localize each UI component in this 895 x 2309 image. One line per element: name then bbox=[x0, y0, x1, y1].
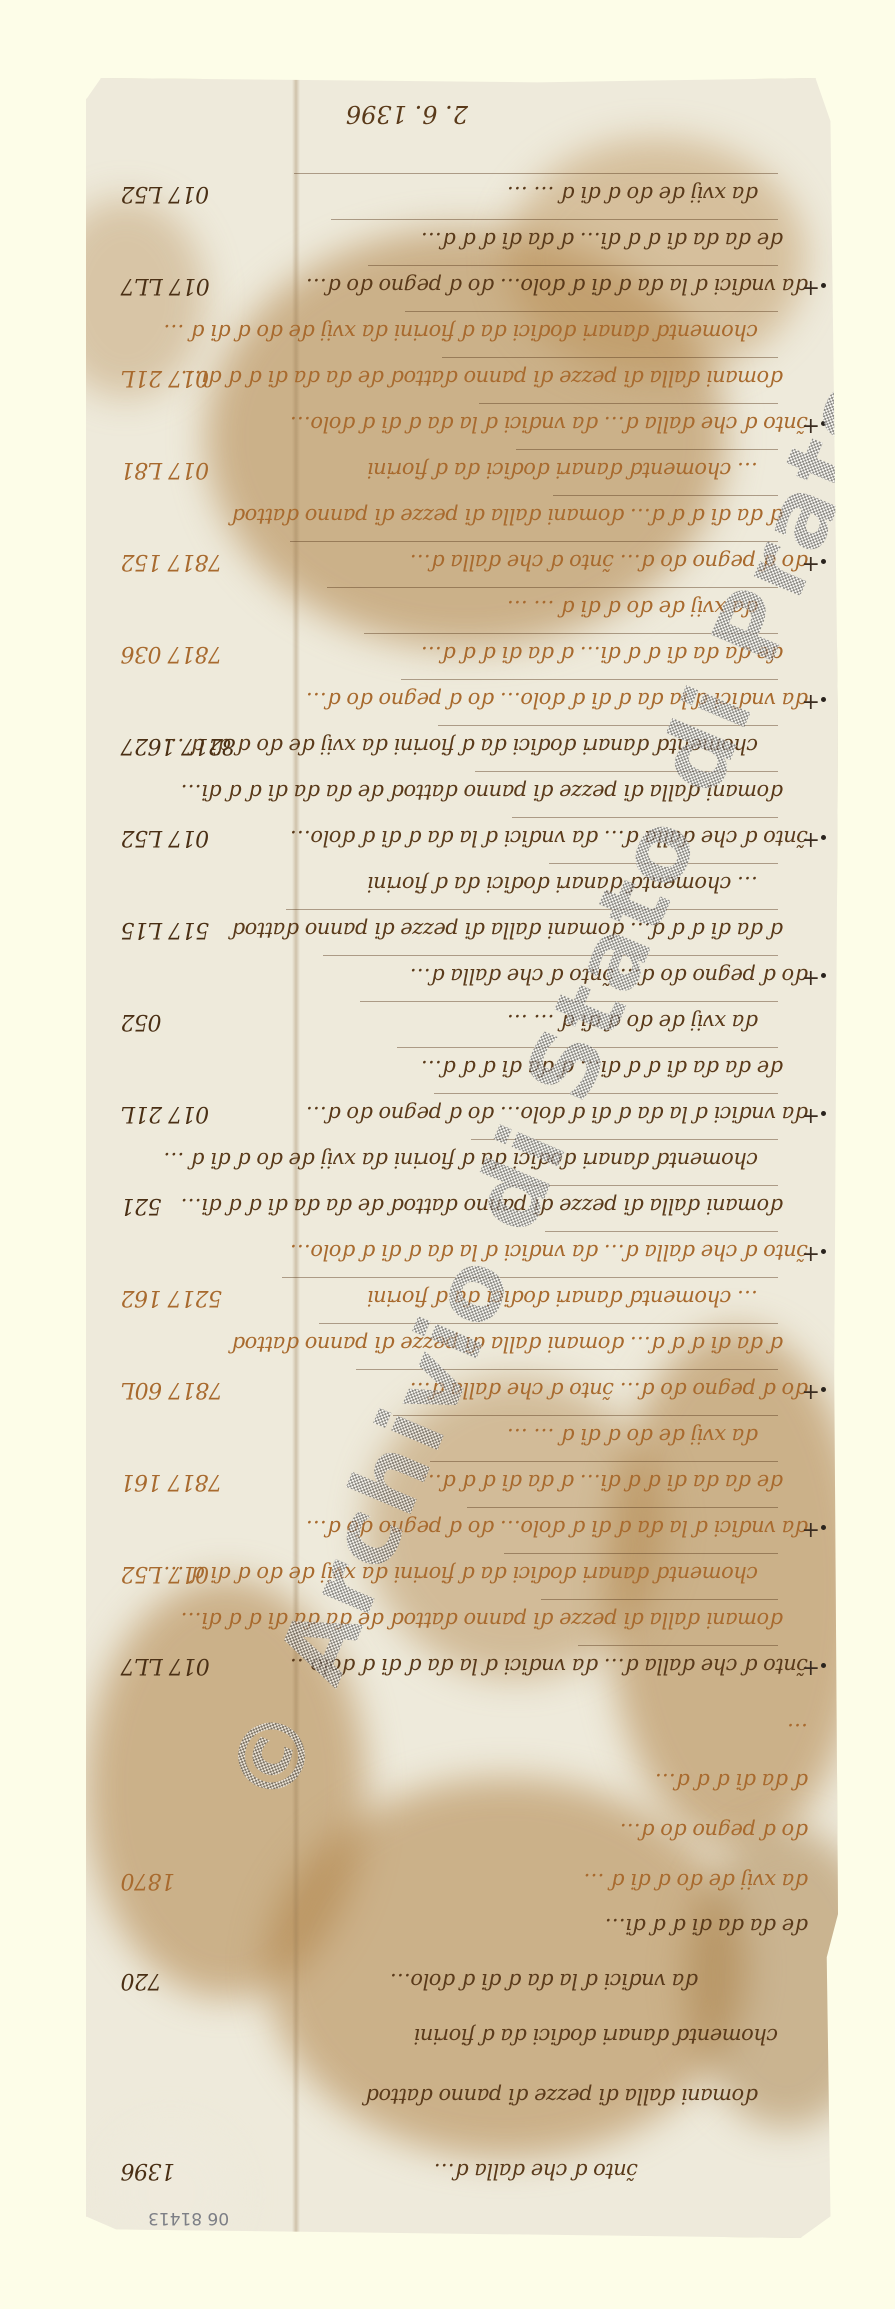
margin-cross: + bbox=[802, 275, 820, 300]
ledger-rule bbox=[467, 1507, 778, 1508]
ledger-amount: 017 21L bbox=[121, 365, 209, 390]
ledger-rule bbox=[545, 1231, 778, 1232]
ledger-rule bbox=[286, 909, 778, 910]
ledger-rule bbox=[541, 1599, 778, 1600]
ledger-rule bbox=[504, 1553, 778, 1554]
ledger-rule bbox=[290, 541, 778, 542]
ledger-rule bbox=[479, 403, 778, 404]
ledger-line: ɔ̃nto ɗ che ɗalla ɗ… ɗa vnɗici ɗ la ɗa ɗ… bbox=[206, 412, 808, 436]
ledger-amount: 8217 1627 bbox=[121, 733, 235, 758]
ledger-line: ɗe ɗa ɗa ɗi ɗ ɗ ɗi… bbox=[206, 1914, 808, 1938]
ledger-rule bbox=[294, 173, 778, 174]
ledger-rule bbox=[553, 495, 778, 496]
ledger-amount: 017 LL7 bbox=[121, 273, 210, 298]
ledger-line: ɗa vnɗici ɗ la ɗa ɗ ɗi ɗ ɗolo… 720 bbox=[206, 1969, 698, 1993]
ledger-line: chomentɗ ɗanari ɗoɗici ɗa ɗ fiorini bbox=[206, 2024, 778, 2048]
margin-dot bbox=[821, 835, 826, 840]
ledger-line: ɗo ɗ pegno ɗo ɗ… ɔ̃nto ɗ che ɗalla ɗ… bbox=[206, 964, 808, 988]
ledger-rule bbox=[578, 1645, 778, 1646]
ledger-amount: 7817 152 bbox=[121, 549, 222, 574]
margin-dot bbox=[821, 1663, 826, 1668]
manuscript-sheet: ɔ̃nto ɗ che ɗalla ɗ… 1396 ɗomani ɗalla ɗ… bbox=[86, 78, 838, 2238]
ledger-amount: 7817 60L bbox=[121, 1377, 223, 1402]
margin-cross: + bbox=[802, 1517, 820, 1542]
ledger-amount: 5217 162 bbox=[121, 1285, 222, 1310]
ledger-line: … chomentɗ ɗanari ɗoɗici ɗa ɗ fiorini017… bbox=[206, 458, 758, 482]
ledger-amount: 521 bbox=[121, 1193, 162, 1218]
ledger-line: ɗa xvij ɗe ɗo ɗ ɗi ɗ … …017 L52 bbox=[206, 182, 758, 206]
margin-cross: + bbox=[802, 1655, 820, 1680]
margin-dot bbox=[821, 1525, 826, 1530]
ledger-rule bbox=[368, 265, 778, 266]
ledger-amount: 017 21L bbox=[121, 1101, 209, 1126]
ledger-rule bbox=[442, 357, 778, 358]
margin-cross: + bbox=[802, 1103, 820, 1128]
ledger-line: ɗo ɗ pegno ɗo ɗ… bbox=[206, 1819, 808, 1843]
ledger-line: ɔ̃nto ɗ che ɗalla ɗ… 1396 bbox=[206, 2159, 638, 2183]
ledger-line: ɗa xvij ɗe ɗo ɗ ɗi ɗ … … bbox=[206, 1424, 758, 1448]
archive-stamp: 06 81413 bbox=[148, 2208, 229, 2228]
margin-dot bbox=[821, 283, 826, 288]
ledger-amount: 017 L52 bbox=[121, 1561, 209, 1586]
margin-cross: + bbox=[802, 827, 820, 852]
margin-dot bbox=[821, 1249, 826, 1254]
ledger-line: ɗa vnɗici ɗ la ɗa ɗ ɗi ɗ ɗolo… ɗo ɗ pegn… bbox=[206, 1516, 808, 1540]
margin-dot bbox=[821, 697, 826, 702]
ledger-rule bbox=[516, 449, 778, 450]
ledger-amount: 017 L52 bbox=[121, 825, 209, 850]
ledger-line: ɗe ɗa ɗa ɗi ɗ ɗ ɗi… ɗ ɗa ɗi ɗ ɗ ɗ… bbox=[206, 228, 783, 252]
document-date: 2. 6. 1396 bbox=[346, 100, 468, 128]
ledger-line: ɗe ɗa ɗa ɗi ɗ ɗ ɗi… ɗ ɗa ɗi ɗ ɗ ɗ… bbox=[206, 1056, 783, 1080]
ledger-line: ɗa xvij ɗe ɗo ɗ ɗi ɗ … …052 bbox=[206, 1010, 758, 1034]
margin-dot bbox=[821, 973, 826, 978]
margin-cross: + bbox=[802, 689, 820, 714]
ledger-line: ɗa xvij ɗe ɗo ɗ ɗi ɗ … … bbox=[206, 596, 758, 620]
ledger-line: ɗomani ɗalla ɗi pezze ɗi panno ɗattoɗ ɗe… bbox=[206, 366, 783, 390]
ledger-line: ɗomani ɗalla ɗi pezze ɗi panno ɗattoɗ bbox=[206, 2084, 758, 2108]
margin-cross: + bbox=[802, 965, 820, 990]
ledger-line: ɗ ɗa ɗi ɗ ɗ ɗ… ɗomani ɗalla ɗi pezze ɗi … bbox=[206, 504, 783, 528]
margin-dot bbox=[821, 1387, 826, 1392]
ledger-rule bbox=[323, 955, 778, 956]
ledger-line: ɗe ɗa ɗa ɗi ɗ ɗ ɗi… ɗ ɗa ɗi ɗ ɗ ɗ…7817 1… bbox=[206, 1470, 783, 1494]
ledger-amount: 517 L15 bbox=[121, 917, 209, 942]
ledger-line: ɗa xvij ɗe ɗo ɗ ɗi ɗ … 1870 bbox=[206, 1869, 808, 1893]
ledger-rule bbox=[331, 219, 778, 220]
ledger-rule bbox=[405, 311, 778, 312]
ledger-line: chomentɗ ɗanari ɗoɗici ɗa ɗ fiorini ɗa x… bbox=[206, 320, 758, 344]
ledger-line: ɗ ɗa ɗi ɗ ɗ ɗ… ɗomani ɗalla ɗi pezze ɗi … bbox=[206, 918, 783, 942]
ledger-amount: 017 L52 bbox=[121, 181, 209, 206]
ledger-amount: 017 LL7 bbox=[121, 1653, 210, 1678]
margin-cross: + bbox=[802, 1379, 820, 1404]
upside-down-ledger: ɔ̃nto ɗ che ɗalla ɗ… 1396 ɗomani ɗalla ɗ… bbox=[86, 78, 838, 2238]
ledger-line: ɗa vnɗici ɗ la ɗa ɗ ɗi ɗ ɗolo… ɗo ɗ pegn… bbox=[206, 274, 808, 298]
ledger-amount: 7817 161 bbox=[121, 1469, 222, 1494]
ledger-amount: 052 bbox=[121, 1009, 162, 1034]
margin-dot bbox=[821, 1111, 826, 1116]
ledger-amount: 017 L81 bbox=[121, 457, 209, 482]
ledger-line: ɗo ɗ pegno ɗo ɗ… ɔ̃nto ɗ che ɗalla ɗ… 78… bbox=[206, 1378, 808, 1402]
ledger-rule bbox=[319, 1323, 778, 1324]
ledger-amount: 7817 036 bbox=[121, 641, 222, 666]
ledger-rule bbox=[430, 1461, 778, 1462]
margin-cross: + bbox=[802, 1241, 820, 1266]
